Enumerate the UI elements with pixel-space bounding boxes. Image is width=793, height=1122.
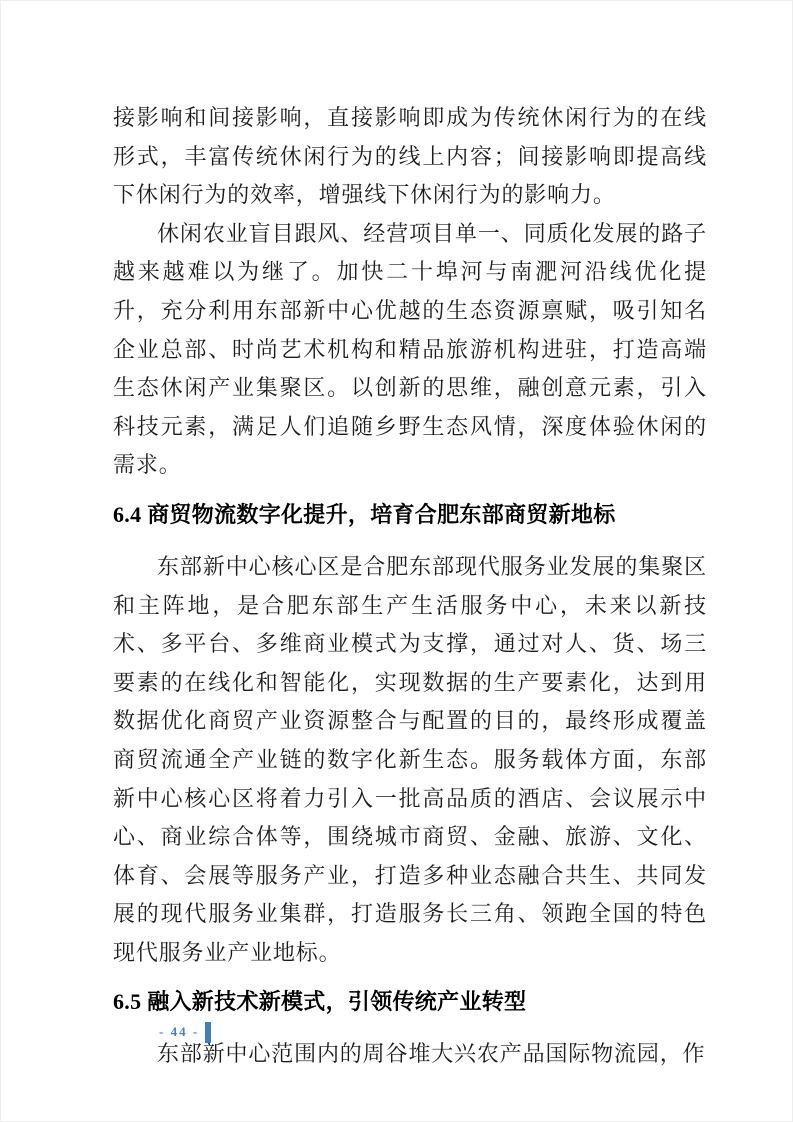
- paragraph-commerce-logistics-digitalization: 东部新中心核心区是合肥东部现代服务业发展的集聚区和主阵地，是合肥东部生产生活服务…: [113, 548, 707, 973]
- page-footer: - 44 -: [159, 1020, 211, 1044]
- document-page: 接影响和间接影响，直接影响即成为传统休闲行为的在线形式，丰富传统休闲行为的线上内…: [0, 0, 793, 1122]
- heading-section-6-4: 6.4 商贸物流数字化提升，培育合肥东部商贸新地标: [113, 501, 707, 528]
- paragraph-leisure-agriculture: 休闲农业盲目跟风、经营项目单一、同质化发展的路子越来越难以为继了。加快二十埠河与…: [113, 215, 707, 485]
- document-body: 接影响和间接影响，直接影响即成为传统休闲行为的在线形式，丰富传统休闲行为的线上内…: [113, 99, 707, 1074]
- paragraph-online-impact-continuation: 接影响和间接影响，直接影响即成为传统休闲行为的在线形式，丰富传统休闲行为的线上内…: [113, 99, 707, 215]
- text-cursor-bar: [205, 1022, 211, 1043]
- page-number[interactable]: - 44 -: [159, 1024, 199, 1040]
- heading-section-6-5: 6.5 融入新技术新模式，引领传统产业转型: [113, 988, 707, 1015]
